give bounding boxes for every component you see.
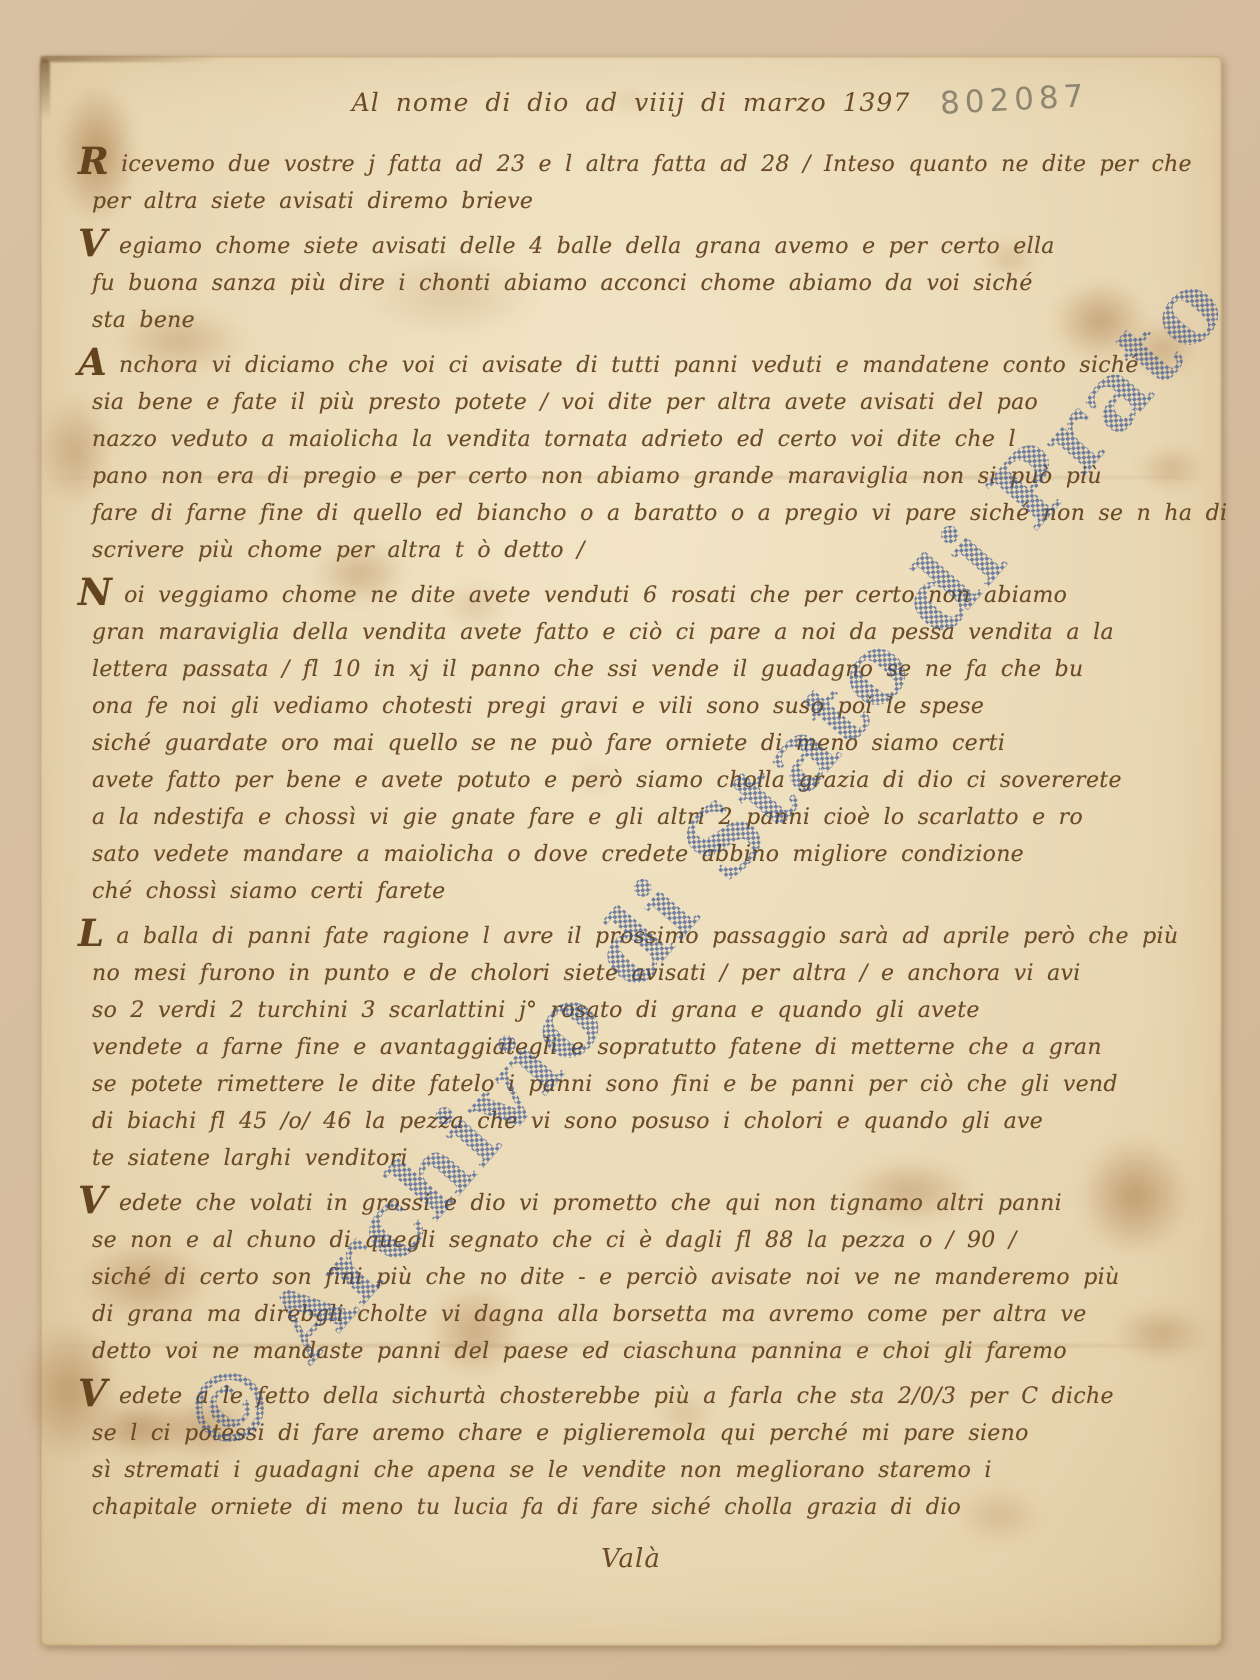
torn-edge-top bbox=[40, 56, 220, 62]
manuscript-line: detto voi ne mandaste panni del paese ed… bbox=[92, 1333, 1177, 1370]
paragraph-initial: R bbox=[78, 146, 109, 176]
manuscript-line: se l ci potessi di fare aremo chare e pi… bbox=[92, 1415, 1177, 1452]
paragraph-initial: V bbox=[78, 1378, 107, 1408]
manuscript-line: a la ndestifa e chossì vi gie gnate fare… bbox=[92, 799, 1177, 836]
paragraph-initial: V bbox=[78, 1185, 107, 1215]
manuscript-line: scrivere più chome per altra t ò detto / bbox=[92, 532, 1177, 569]
manuscript-line: di grana ma direbgli cholte vi dagna all… bbox=[92, 1296, 1177, 1333]
manuscript-line: chapitale orniete di meno tu lucia fa di… bbox=[92, 1489, 1177, 1526]
manuscript-line: a balla di panni fate ragione l avre il … bbox=[92, 918, 1177, 955]
manuscript-line: avete fatto per bene e avete potuto e pe… bbox=[92, 762, 1177, 799]
manuscript-line: oi veggiamo chome ne dite avete venduti … bbox=[92, 577, 1177, 614]
manuscript-line: fu buona sanza più dire i chonti abiamo … bbox=[92, 265, 1177, 302]
manuscript-line: lettera passata / fl 10 in xj il panno c… bbox=[92, 651, 1177, 688]
paragraph-initial: N bbox=[78, 577, 112, 607]
manuscript-line: siché di certo son fini più che no dite … bbox=[92, 1259, 1177, 1296]
manuscript-line: ché chossì siamo certi farete bbox=[92, 873, 1177, 910]
manuscript-line: gran maraviglia della vendita avete fatt… bbox=[92, 614, 1177, 651]
paper-sheet: Al nome di dio ad viiij di marzo 1397 80… bbox=[40, 56, 1222, 1646]
paragraph: Vedete a le fetto della sichurtà choster… bbox=[92, 1378, 1177, 1526]
paragraph-initial: V bbox=[78, 228, 107, 258]
manuscript-line: sato vedete mandare a maiolicha o dove c… bbox=[92, 836, 1177, 873]
paragraph-initial: A bbox=[78, 347, 107, 377]
paragraph-initial: L bbox=[78, 918, 104, 948]
manuscript-line: te siatene larghi venditori bbox=[92, 1140, 1177, 1177]
manuscript-paragraphs: Ricevemo due vostre j fatta ad 23 e l al… bbox=[92, 146, 1177, 1534]
manuscript-line: edete che volati in grossi e dio vi prom… bbox=[92, 1185, 1177, 1222]
paragraph: La balla di panni fate ragione l avre il… bbox=[92, 918, 1177, 1177]
manuscript-line: egiamo chome siete avisati delle 4 balle… bbox=[92, 228, 1177, 265]
manuscript-line: per altra siete avisati diremo brieve bbox=[92, 183, 1177, 220]
manuscript-line: di biachi fl 45 /o/ 46 la pezza che vi s… bbox=[92, 1103, 1177, 1140]
paragraph: Vedete che volati in grossi e dio vi pro… bbox=[92, 1185, 1177, 1370]
paragraph: Noi veggiamo chome ne dite avete venduti… bbox=[92, 577, 1177, 910]
manuscript-line: nchora vi diciamo che voi ci avisate di … bbox=[92, 347, 1177, 384]
manuscript-line: edete a le fetto della sichurtà chostere… bbox=[92, 1378, 1177, 1415]
manuscript-line: vendete a farne fine e avantaggiategli e… bbox=[92, 1029, 1177, 1066]
manuscript-line: pano non era di pregio e per certo non a… bbox=[92, 458, 1177, 495]
manuscript-line: no mesi furono in punto e de cholori sie… bbox=[92, 955, 1177, 992]
manuscript-line: ona fe noi gli vediamo chotesti pregi gr… bbox=[92, 688, 1177, 725]
manuscript-line: nazzo veduto a maiolicha la vendita torn… bbox=[92, 421, 1177, 458]
manuscript-line: sì stremati i guadagni che apena se le v… bbox=[92, 1452, 1177, 1489]
paragraph: Vegiamo chome siete avisati delle 4 ball… bbox=[92, 228, 1177, 339]
manuscript-line: sia bene e fate il più presto potete / v… bbox=[92, 384, 1177, 421]
closing-word: Valà bbox=[40, 1544, 1222, 1574]
manuscript-line: so 2 verdi 2 turchini 3 scarlattini j° r… bbox=[92, 992, 1177, 1029]
manuscript-line: icevemo due vostre j fatta ad 23 e l alt… bbox=[92, 146, 1177, 183]
paragraph: Ricevemo due vostre j fatta ad 23 e l al… bbox=[92, 146, 1177, 220]
manuscript-line: siché guardate oro mai quello se ne può … bbox=[92, 725, 1177, 762]
manuscript-line: sta bene bbox=[92, 302, 1177, 339]
paragraph: Anchora vi diciamo che voi ci avisate di… bbox=[92, 347, 1177, 569]
manuscript-line: se potete rimettere le dite fatelo i pan… bbox=[92, 1066, 1177, 1103]
manuscript-line: fare di farne fine di quello ed biancho … bbox=[92, 495, 1177, 532]
manuscript-line: se non e al chuno di quegli segnato che … bbox=[92, 1222, 1177, 1259]
